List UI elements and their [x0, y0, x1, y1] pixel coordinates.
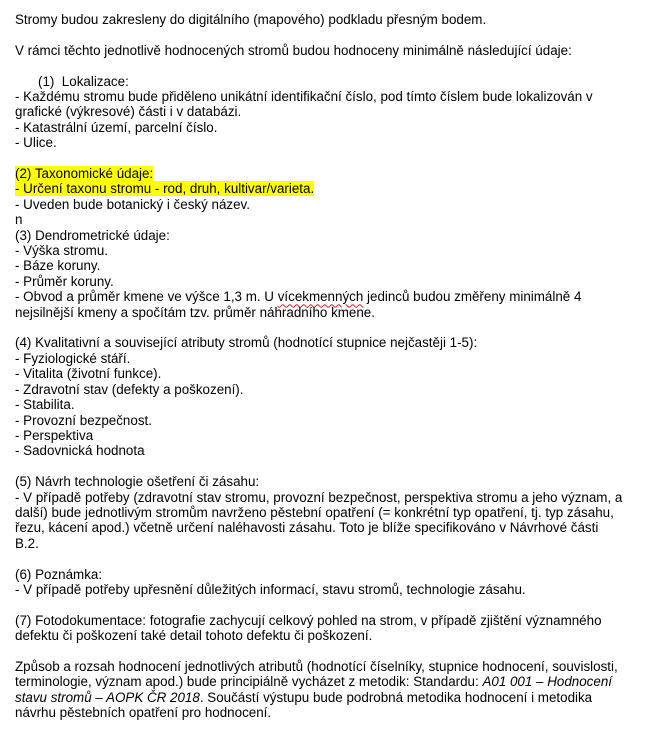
- section-3-heading: (3) Dendrometrické údaje:: [15, 228, 655, 243]
- section-4-item: - Fyziologické stáří.: [15, 351, 655, 366]
- closing-line-4: návrhu pěstebních opatření pro hodnocení…: [15, 705, 655, 720]
- section-5-line: řezu, kácení apod.) včetně určení naléha…: [15, 520, 655, 535]
- document-page: Stromy budou zakresleny do digitálního (…: [15, 12, 655, 721]
- blank-line: [15, 551, 655, 566]
- intro-paragraph-2: V rámci těchto jednotlivě hodnocených st…: [15, 43, 655, 58]
- section-4-heading: (4) Kvalitativní a související atributy …: [15, 335, 655, 350]
- section-3-item: - Báze koruny.: [15, 258, 655, 273]
- blank-line: [15, 644, 655, 659]
- section-5-line: - V případě potřeby (zdravotní stav stro…: [15, 490, 655, 505]
- section-2-item-highlighted: - Určení taxonu stromu - rod, druh, kult…: [15, 181, 314, 196]
- section-2-item: - Uveden bude botanický i český název.: [15, 197, 655, 212]
- section-6-heading: (6) Poznámka:: [15, 567, 655, 582]
- section-3-item: - Průměr koruny.: [15, 274, 655, 289]
- section-2-heading-highlighted: (2) Taxonomické údaje:: [15, 166, 153, 181]
- section-7-line: (7) Fotodokumentace: fotografie zachycuj…: [15, 613, 655, 628]
- section-6-line: - V případě potřeby upřesnění důležitých…: [15, 582, 655, 597]
- blank-line: [15, 597, 655, 612]
- blank-line: [15, 320, 655, 335]
- closing-line-2: terminologie, význam apod.) bude princip…: [15, 674, 655, 689]
- blank-line: [15, 27, 655, 42]
- section-1-item: - Ulice.: [15, 135, 655, 150]
- standard-reference-cont: stavu stromů – AOPK ČR 2018: [15, 690, 200, 705]
- section-4-item: - Zdravotní stav (defekty a poškození).: [15, 382, 655, 397]
- section-4-item: - Provozní bezpečnost.: [15, 413, 655, 428]
- stray-character: n: [15, 212, 655, 227]
- section-3-item: - Výška stromu.: [15, 243, 655, 258]
- closing-line-3: stavu stromů – AOPK ČR 2018. Součástí vý…: [15, 690, 655, 705]
- intro-paragraph-1: Stromy budou zakresleny do digitálního (…: [15, 12, 655, 27]
- section-5-line: B.2.: [15, 536, 655, 551]
- section-5-heading: (5) Návrh technologie ošetření či zásahu…: [15, 474, 655, 489]
- section-3-item-trunk: - Obvod a průměr kmene ve výšce 1,3 m. U…: [15, 289, 655, 304]
- section-1-heading: (1) Lokalizace:: [15, 74, 655, 89]
- section-4-item: - Sadovnická hodnota: [15, 443, 655, 458]
- standard-reference: A01 001 – Hodnocení: [482, 674, 612, 689]
- section-5-line: další) bude jednotlivým stromům navrženo…: [15, 505, 655, 520]
- blank-line: [15, 459, 655, 474]
- spellcheck-error-word[interactable]: vícekmenných: [278, 289, 364, 304]
- section-4-item: - Stabilita.: [15, 397, 655, 412]
- section-1-item: - Každému stromu bude přiděleno unikátní…: [15, 89, 655, 104]
- section-4-item: - Perspektiva: [15, 428, 655, 443]
- section-1-item: - Katastrální území, parcelní číslo.: [15, 120, 655, 135]
- blank-line: [15, 58, 655, 73]
- section-4-item: - Vitalita (životní funkce).: [15, 366, 655, 381]
- section-3-item-trunk-cont: nejsilnější kmeny a spočítám tzv. průměr…: [15, 305, 655, 320]
- section-7-line: defektu či poškození také detail tohoto …: [15, 628, 655, 643]
- closing-line-1: Způsob a rozsah hodnocení jednotlivých a…: [15, 659, 655, 674]
- blank-line: [15, 151, 655, 166]
- section-1-item: grafické (výkresové) části i v databázi.: [15, 104, 655, 119]
